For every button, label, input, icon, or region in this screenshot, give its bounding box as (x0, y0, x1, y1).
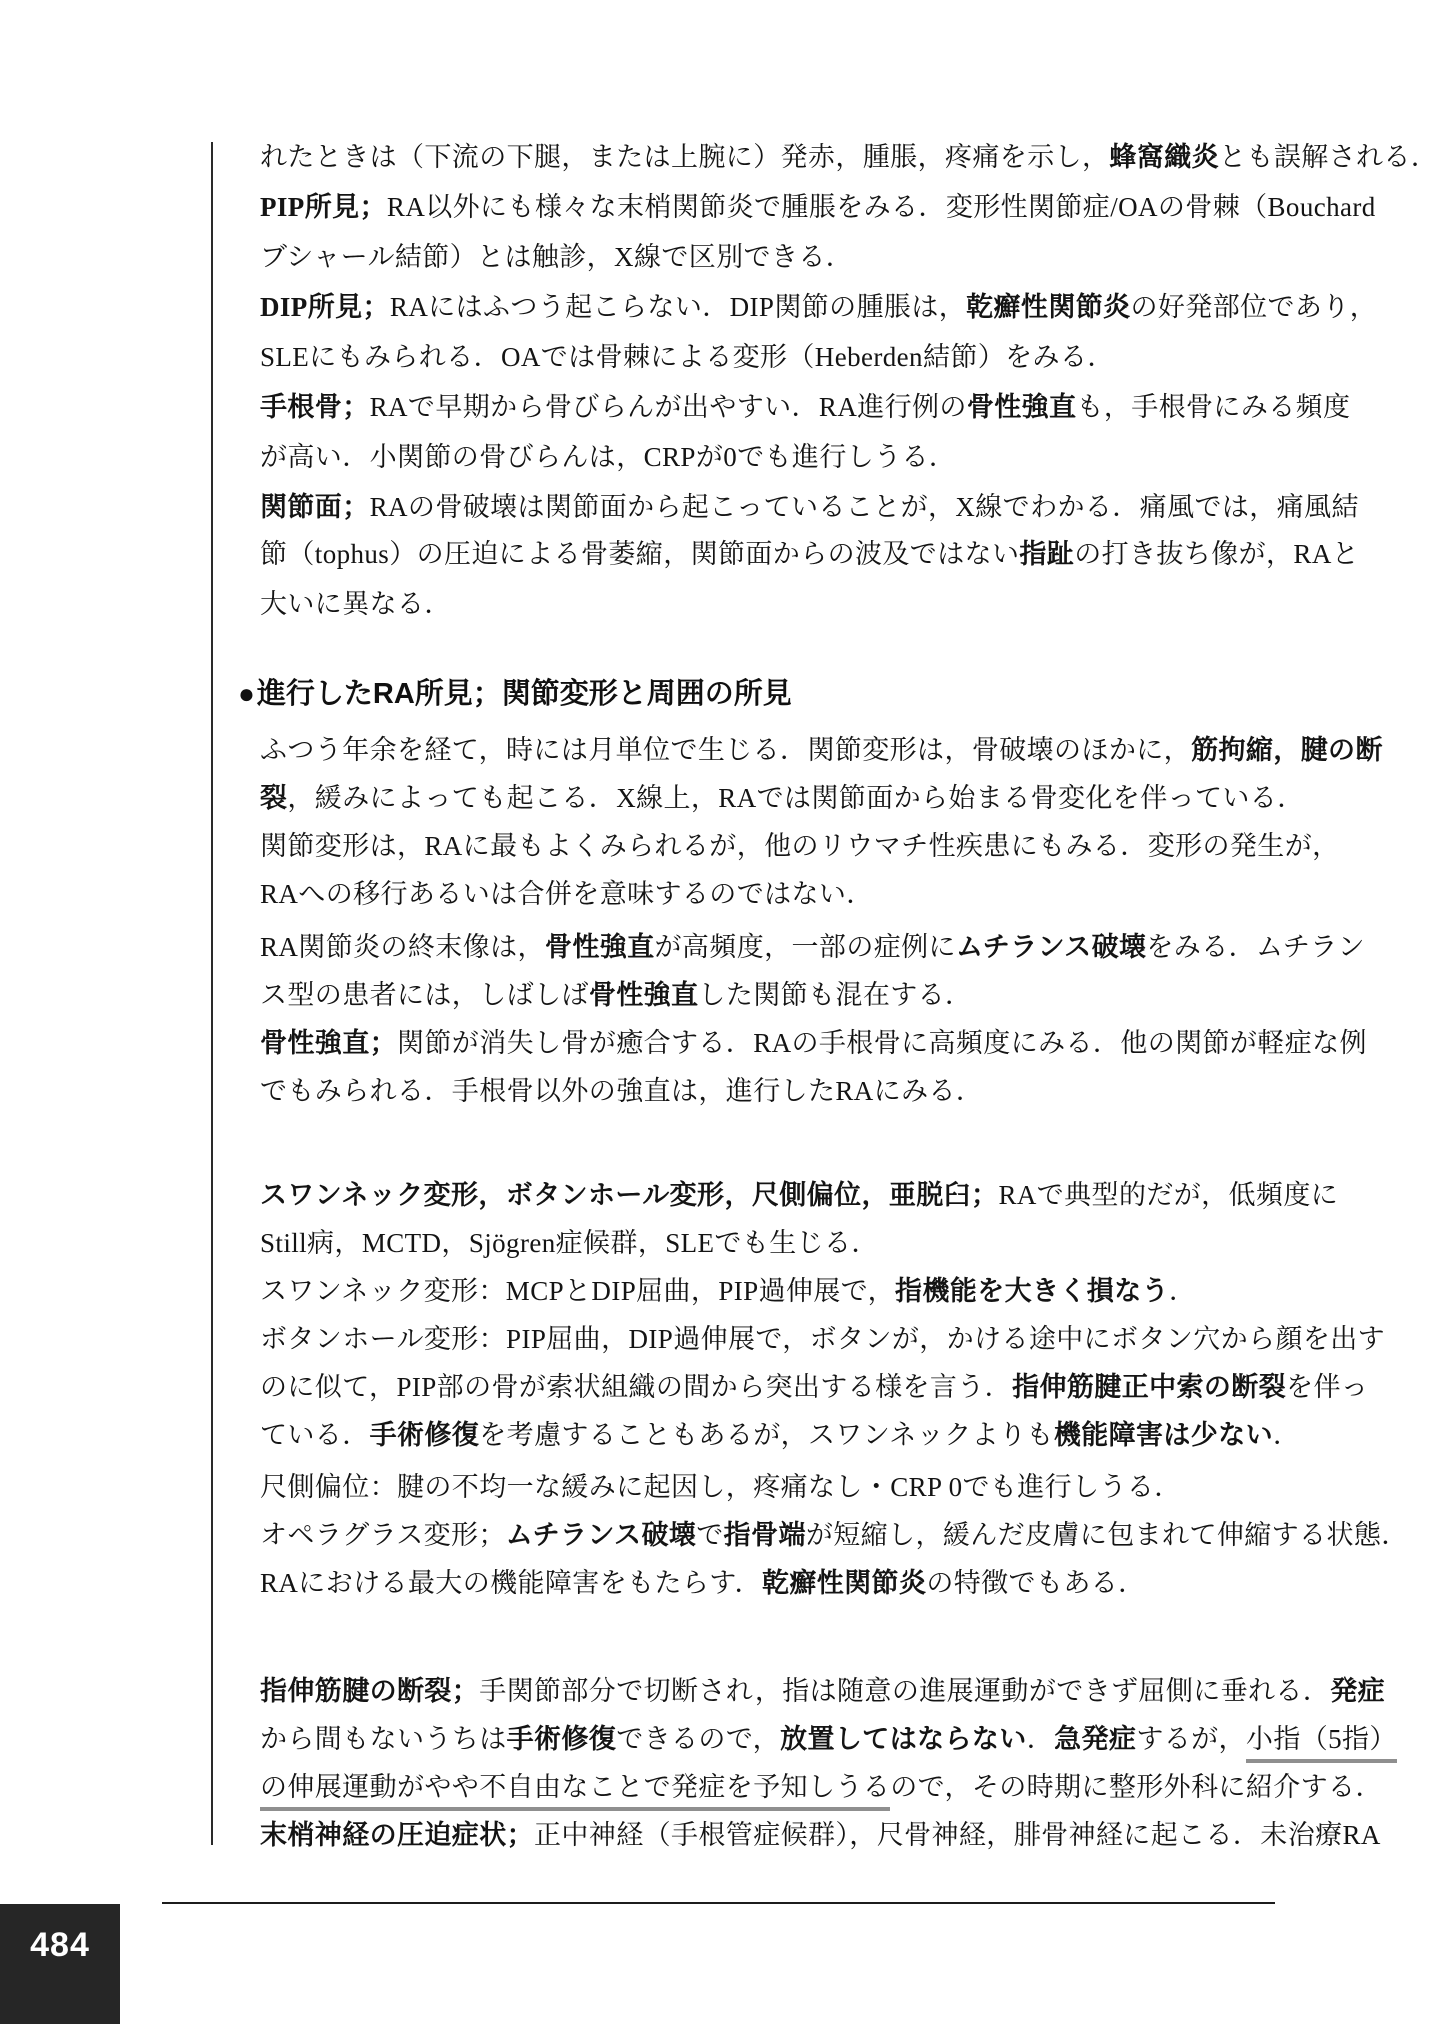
text-line: が高い．小関節の骨びらんは，CRPが0でも進行しうる． (260, 440, 956, 476)
body-text: れたときは（下流の下腿，または上腕に）発赤，腫脹，疼痛を示し，蜂窩織炎とも誤解さ… (0, 0, 1434, 2024)
text-segment: の打き抜ち像が，RAと (1074, 539, 1359, 569)
text-line: 節（tophus）の圧迫による骨萎縮，関節面からの波及ではない指趾の打き抜ち像が… (260, 537, 1359, 573)
textbook-page: れたときは（下流の下腿，または上腕に）発赤，腫脹，疼痛を示し，蜂窩織炎とも誤解さ… (0, 0, 1434, 2024)
text-segment: 蜂窩織炎 (1109, 142, 1219, 172)
text-segment: でもみられる．手根骨以外の強直は，進行したRAにみる． (260, 1076, 983, 1106)
text-segment: 手術修復 (370, 1420, 480, 1450)
text-segment: の特徴でもある． (926, 1568, 1145, 1598)
text-segment: 指骨端 (724, 1520, 806, 1550)
text-line: 指伸筋腱の断裂；手関節部分で切断され，指は随意の進展運動ができず屈側に垂れる．発… (260, 1674, 1385, 1710)
text-segment: スワンネック変形，ボタンホール変形，尺側偏位，亜脱臼； (260, 1180, 998, 1210)
text-segment: が高い．小関節の骨びらんは，CRPが0でも進行しうる． (260, 442, 956, 472)
text-segment: で (696, 1520, 723, 1550)
text-segment: RAで典型的だが，低頻度に (998, 1180, 1338, 1210)
text-segment: とも誤解される． (1219, 142, 1434, 172)
text-segment: スワンネック変形：MCPとDIP屈曲，PIP過伸展で， (260, 1276, 895, 1306)
text-segment: 尺側偏位：腱の不均一な緩みに起因し，疼痛なし・CRP 0でも進行しうる． (260, 1472, 1182, 1502)
text-segment: 指伸筋腱正中索の断裂 (1012, 1372, 1286, 1402)
section-header: ●進行したRA所見；関節変形と周囲の所見 (238, 676, 792, 712)
text-line: オペラグラス変形；ムチランス破壊で指骨端が短縮し，緩んだ皮膚に包まれて伸縮する状… (260, 1518, 1409, 1554)
text-segment: の好発部位であり， (1131, 292, 1378, 322)
text-line: 骨性強直；関節が消失し骨が癒合する．RAの手根骨に高頻度にみる．他の関節が軽症な… (260, 1026, 1367, 1062)
text-segment: の伸展運動がやや不自由なことで発症を予知しうる (260, 1772, 890, 1811)
footer-rule (162, 1902, 1275, 1904)
text-segment: SLEにもみられる．OAでは骨棘による変形（Heberden結節）をみる． (260, 342, 1115, 372)
text-line: スワンネック変形：MCPとDIP屈曲，PIP過伸展で，指機能を大きく損なう． (260, 1274, 1196, 1310)
text-line: 末梢神経の圧迫症状；正中神経（手根管症候群），尺骨神経，腓骨神経に起こる．未治療… (260, 1818, 1381, 1854)
text-segment: RA以外にも様々な末梢関節炎で腫脹をみる．変形性関節症/OAの骨棘（Boucha… (387, 192, 1376, 222)
text-line: DIP所見；RAにはふつう起こらない．DIP関節の腫脹は，乾癬性関節炎の好発部位… (260, 290, 1377, 326)
text-segment: を伴っ (1286, 1372, 1368, 1402)
text-segment: ス型の患者には，しばしば (260, 980, 589, 1010)
text-segment: ． (1027, 1724, 1054, 1754)
text-segment: RAで早期から骨びらんが出やすい．RA進行例の (370, 392, 967, 422)
bullet-icon: ● (238, 678, 255, 709)
text-segment: 筋拘縮，腱の断 (1191, 735, 1383, 765)
text-line: れたときは（下流の下腿，または上腕に）発赤，腫脹，疼痛を示し，蜂窩織炎とも誤解さ… (260, 140, 1434, 176)
text-segment: 急発症 (1054, 1724, 1136, 1754)
text-segment: RA関節炎の終末像は， (260, 932, 545, 962)
text-segment: が高頻度，一部の症例に (655, 932, 956, 962)
text-line: SLEにもみられる．OAでは骨棘による変形（Heberden結節）をみる． (260, 340, 1115, 376)
text-line: ふつう年余を経て，時には月単位で生じる．関節変形は，骨破壊のほかに，筋拘縮，腱の… (260, 733, 1383, 769)
text-segment: 指趾 (1019, 539, 1074, 569)
text-segment: ブシャール結節）とは触診，X線で区別できる． (260, 242, 853, 272)
section-header-label: 進行したRA所見；関節変形と周囲の所見 (257, 678, 792, 710)
text-line: でもみられる．手根骨以外の強直は，進行したRAにみる． (260, 1074, 983, 1110)
text-segment: 関節変形は，RAに最もよくみられるが，他のリウマチ性疾患にもみる．変形の発生が， (260, 831, 1340, 861)
page-number: 484 (30, 1926, 90, 1965)
text-segment: ボタンホール変形：PIP屈曲，DIP過伸展で，ボタンが，かける途中にボタン穴から… (260, 1324, 1385, 1354)
page-number-box: 484 (0, 1904, 120, 2024)
text-segment: できるので， (616, 1724, 780, 1754)
text-line: の伸展運動がやや不自由なことで発症を予知しうるので，その時期に整形外科に紹介する… (260, 1770, 1383, 1806)
text-segment: 手関節部分で切断され，指は随意の進展運動ができず屈側に垂れる． (479, 1676, 1330, 1706)
text-segment: するが， (1136, 1724, 1246, 1754)
text-segment: 指機能を大きく損なう (895, 1276, 1169, 1306)
text-segment: 骨性強直 (589, 980, 699, 1010)
text-segment: から間もないうちは (260, 1724, 507, 1754)
text-line: RA関節炎の終末像は，骨性強直が高頻度，一部の症例にムチランス破壊をみる．ムチラ… (260, 930, 1365, 966)
text-segment: 裂 (260, 783, 287, 813)
text-segment: PIP所見； (260, 192, 387, 222)
text-segment: ムチランス破壊 (506, 1520, 696, 1550)
text-segment: RAにおける最大の機能障害をもたらす． (260, 1568, 762, 1598)
text-segment: ，緩みによっても起こる．X線上，RAでは関節面から始まる骨変化を伴っている． (287, 783, 1304, 813)
text-segment: した関節も混在する． (698, 980, 972, 1010)
text-line: ブシャール結節）とは触診，X線で区別できる． (260, 240, 853, 276)
text-line: ス型の患者には，しばしば骨性強直した関節も混在する． (260, 978, 972, 1014)
text-segment: オペラグラス変形； (260, 1520, 506, 1550)
text-line: 大いに異なる． (260, 587, 452, 623)
text-line: 関節面；RAの骨破壊は関節面から起こっていることが，X線でわかる．痛風では，痛風… (260, 490, 1359, 526)
text-segment: 放置してはならない (780, 1724, 1027, 1754)
text-segment: のに似て，PIP部の骨が索状組織の間から突出する様を言う． (260, 1372, 1012, 1402)
text-segment: RAにはふつう起こらない．DIP関節の腫脹は， (390, 292, 966, 322)
text-segment: 手根骨； (260, 392, 370, 422)
text-segment: 正中神経（手根管症候群），尺骨神経，腓骨神経に起こる．未治療RA (534, 1820, 1381, 1850)
text-line: RAにおける最大の機能障害をもたらす．乾癬性関節炎の特徴でもある． (260, 1566, 1146, 1602)
text-segment: DIP所見； (260, 292, 390, 322)
text-segment: Still病，MCTD，Sjögren症候群，SLEでも生じる． (260, 1228, 879, 1258)
text-line: Still病，MCTD，Sjögren症候群，SLEでも生じる． (260, 1226, 879, 1262)
text-segment: れたときは（下流の下腿，または上腕に）発赤，腫脹，疼痛を示し， (260, 142, 1109, 172)
text-line: ボタンホール変形：PIP屈曲，DIP過伸展で，ボタンが，かける途中にボタン穴から… (260, 1322, 1385, 1358)
text-line: ている．手術修復を考慮することもあるが，スワンネックよりも機能障害は少ない． (260, 1418, 1300, 1454)
text-segment: 関節面； (260, 492, 370, 522)
text-segment: ふつう年余を経て，時には月単位で生じる．関節変形は，骨破壊のほかに， (260, 735, 1191, 765)
text-segment: ムチランス破壊 (956, 932, 1146, 962)
text-segment: ． (1169, 1276, 1196, 1306)
text-segment: ている． (260, 1420, 370, 1450)
text-line: 尺側偏位：腱の不均一な緩みに起因し，疼痛なし・CRP 0でも進行しうる． (260, 1470, 1182, 1506)
text-segment: 関節が消失し骨が癒合する．RAの手根骨に高頻度にみる．他の関節が軽症な例 (397, 1028, 1367, 1058)
text-segment: ので，その時期に整形外科に紹介する． (890, 1772, 1383, 1802)
text-line: スワンネック変形，ボタンホール変形，尺側偏位，亜脱臼；RAで典型的だが，低頻度に (260, 1178, 1338, 1214)
text-segment: が短縮し，緩んだ皮膚に包まれて伸縮する状態． (806, 1520, 1409, 1550)
text-segment: 乾癬性関節炎 (762, 1568, 926, 1598)
text-segment: 発症 (1330, 1676, 1385, 1706)
text-segment: を考慮することもあるが，スワンネックよりも (479, 1420, 1054, 1450)
text-segment: RAへの移行あるいは合併を意味するのではない． (260, 879, 874, 909)
text-line: 裂，緩みによっても起こる．X線上，RAでは関節面から始まる骨変化を伴っている． (260, 781, 1305, 817)
text-segment: 小指（5指） (1246, 1724, 1397, 1763)
text-segment: 手術修復 (507, 1724, 617, 1754)
text-segment: をみる．ムチラン (1146, 932, 1365, 962)
text-segment: 骨性強直 (967, 392, 1077, 422)
text-segment: RAの骨破壊は関節面から起こっていることが，X線でわかる．痛風では，痛風結 (370, 492, 1359, 522)
text-line: 関節変形は，RAに最もよくみられるが，他のリウマチ性疾患にもみる．変形の発生が， (260, 829, 1340, 865)
text-segment: 末梢神経の圧迫症状； (260, 1820, 534, 1850)
text-line: PIP所見；RA以外にも様々な末梢関節炎で腫脹をみる．変形性関節症/OAの骨棘（… (260, 190, 1376, 226)
text-segment: ． (1273, 1420, 1300, 1450)
text-line: 手根骨；RAで早期から骨びらんが出やすい．RA進行例の骨性強直も，手根骨にみる頻… (260, 390, 1350, 426)
text-segment: も，手根骨にみる頻度 (1076, 392, 1350, 422)
text-segment: 指伸筋腱の断裂； (260, 1676, 479, 1706)
text-line: のに似て，PIP部の骨が索状組織の間から突出する様を言う．指伸筋腱正中索の断裂を… (260, 1370, 1368, 1406)
text-segment: 大いに異なる． (260, 589, 452, 619)
text-segment: 骨性強直； (260, 1028, 397, 1058)
text-segment: 乾癬性関節炎 (966, 292, 1130, 322)
text-segment: 機能障害は少ない (1054, 1420, 1273, 1450)
text-segment: 骨性強直 (545, 932, 655, 962)
text-line: から間もないうちは手術修復できるので，放置してはならない．急発症するが，小指（5… (260, 1722, 1397, 1758)
text-segment: 節（tophus）の圧迫による骨萎縮，関節面からの波及ではない (260, 539, 1019, 569)
text-line: RAへの移行あるいは合併を意味するのではない． (260, 877, 874, 913)
